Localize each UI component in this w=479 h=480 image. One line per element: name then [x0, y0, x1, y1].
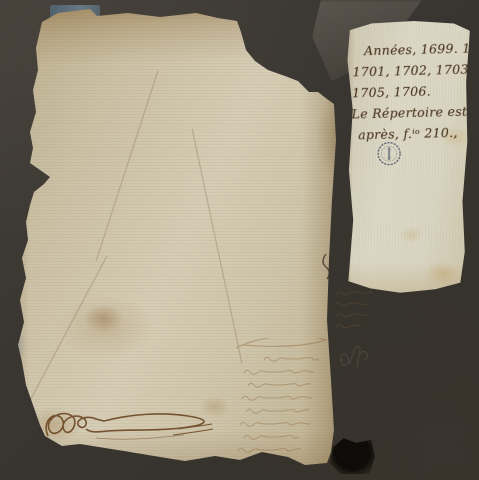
page-edge-faint-writing — [332, 286, 376, 382]
annotation-text: Années, 1699. 1700, 1701, 1702, 1703, 17… — [350, 38, 469, 146]
signature-flourish — [36, 398, 221, 454]
pencil-scribble — [340, 346, 368, 367]
annotation-line: 1705, 1706. — [352, 80, 467, 104]
annotation-line: 1701, 1702, 1703, 1704, — [352, 59, 466, 83]
annotation-line: Le Répertoire est ci- — [351, 100, 467, 124]
archive-stamp-icon — [376, 140, 402, 166]
annotation-line: après, f.ⁱᵒ 210., — [358, 121, 468, 145]
main-document-paper — [6, 6, 342, 472]
annotation-line: Années, 1699. 1700, — [364, 38, 466, 61]
paper-crease — [26, 255, 108, 406]
annotation-slip: Années, 1699. 1700, 1701, 1702, 1703, 17… — [340, 20, 472, 296]
paper-crease — [191, 128, 243, 363]
scanned-page: Années, 1699. 1700, 1701, 1702, 1703, 17… — [0, 0, 479, 480]
show-through-handwriting — [230, 338, 332, 468]
paper-crease — [95, 71, 159, 262]
